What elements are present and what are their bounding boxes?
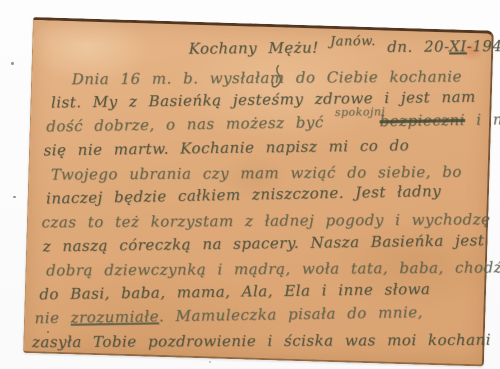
dust-speck [209,361,211,363]
handwriting-segment: Kochany Mężu! [189,38,330,57]
handwriting-segment: i nic [465,110,500,129]
handwriting-segment: do Basi, baba, mama, Ala, Ela i inne sło… [39,280,430,303]
handwriting-segment: z naszą córeczką na spacery. Nasza Basie… [43,231,485,255]
handwriting-segment-underline: zrozumiałe [70,307,159,326]
handwriting-segment: inaczej będzie całkiem zniszczone. Jest … [46,182,441,208]
handwriting-segment-raised: Janów. [330,30,376,54]
header-line: Kochany Mężu! Janów. dn. 20-XI-1940 r. [189,34,483,61]
dust-speck [47,331,49,333]
handwriting-segment-strike: bezpieczni [379,111,465,130]
handwriting-line: z naszą córeczką na spacery. Nasza Basie… [43,228,477,258]
handwriting-text: Kochany Mężu! Janów. dn. 20-XI-1940 r.Dn… [24,32,483,367]
handwriting-segment: nie [34,309,70,328]
postcard: Kochany Mężu! Janów. dn. 20-XI-1940 r.Dn… [23,17,494,367]
handwriting-segment: dn. 20- [376,37,449,56]
handwriting-segment: . Mamuleczka pisała do mnie, [159,303,423,325]
handwriting-segment-underline: XI [449,37,467,55]
handwriting-segment: dość dobrze, o nas możesz być [46,113,335,136]
handwriting-segment: się nie martw. Kochanie napisz mi co do [43,136,409,159]
scan-background: Kochany Mężu! Janów. dn. 20-XI-1940 r.Dn… [0,0,500,369]
handwriting-segment: zasyła Tobie pozdrowienie i ściska was m… [32,331,491,351]
handwriting-segment-raised-small: spokojni [335,100,386,125]
dust-speck [11,62,14,65]
handwriting-segment: -1940 r. [467,37,500,56]
handwriting-line: zasyła Tobie pozdrowienie i ściska was m… [32,328,474,354]
handwriting-line: się nie martw. Kochanie napisz mi co do [43,132,479,162]
dust-speck [13,196,16,198]
